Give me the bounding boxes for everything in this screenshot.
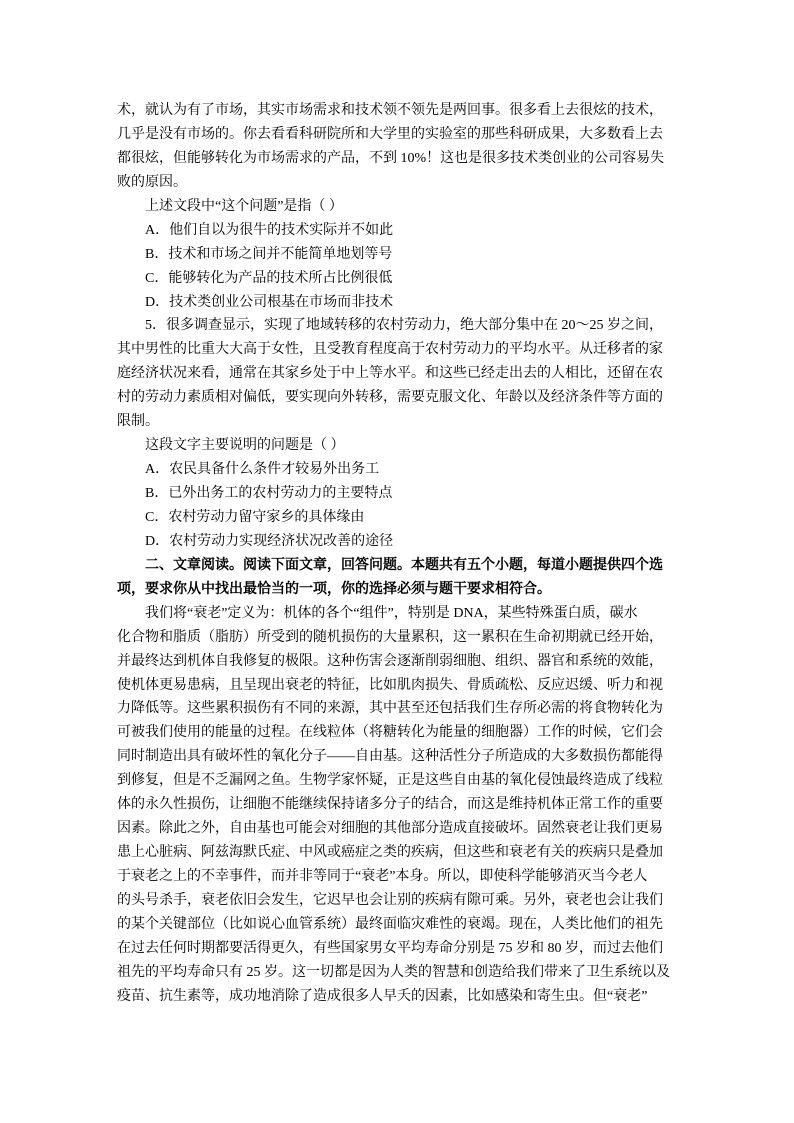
text-line: 项，要求你从中找出最恰当的一项，你的选择必须与题干要求相符合。 [117, 578, 679, 602]
text-line: 这段文字主要说明的问题是（ ） [117, 434, 679, 458]
text-line: A．他们自以为很牛的技术实际并不如此 [117, 219, 679, 243]
text-line: 我们将“衰老”定义为：机体的各个“组件”，特别是 DNA，某些特殊蛋白质，碳水 [117, 602, 679, 626]
text-line: 的某个关键部位（比如说心血管系统）最终面临灾难性的衰竭。现在，人类比他们的祖先 [117, 913, 679, 937]
text-line: A．农民具备什么条件才较易外出务工 [117, 458, 679, 482]
text-line: 于衰老之上的不幸事件，而并非等同于“衰老”本身。所以，即使科学能够消灭当今老人 [117, 865, 679, 889]
text-line: 并最终达到机体自我修复的极限。这种伤害会逐渐削弱细胞、组织、器官和系统的效能， [117, 650, 679, 674]
text-line: 村的劳动力素质相对偏低，要实现向外转移，需要克服文化、年龄以及经济条件等方面的 [117, 386, 679, 410]
text-line: B．已外出务工的农村劳动力的主要特点 [117, 482, 679, 506]
document-body: 术，就认为有了市场，其实市场需求和技术领不领先是两回事。很多看上去很炫的技术，几… [117, 99, 679, 1009]
text-line: 患上心脏病、阿兹海默氏症、中风或癌症之类的疾病，但这些和衰老有关的疾病只是叠加 [117, 841, 679, 865]
text-line: 在过去任何时期都要活得更久，有些国家男女平均寿命分别是 75 岁和 80 岁，而… [117, 937, 679, 961]
text-line: 的头号杀手，衰老依旧会发生，它迟早也会让别的疾病有隙可乘。另外，衰老也会让我们 [117, 889, 679, 913]
text-line: 体的永久性损伤，让细胞不能继续保持诸多分子的结合，而这是维持机体正常工作的重要 [117, 793, 679, 817]
text-line: 术，就认为有了市场，其实市场需求和技术领不领先是两回事。很多看上去很炫的技术， [117, 99, 679, 123]
text-line: 败的原因。 [117, 171, 679, 195]
text-line: 力降低等。这些累积损伤有不同的来源，其中甚至还包括我们生存所必需的将食物转化为 [117, 697, 679, 721]
text-line: C．农村劳动力留守家乡的具体缘由 [117, 506, 679, 530]
document-page: 术，就认为有了市场，其实市场需求和技术领不领先是两回事。很多看上去很炫的技术，几… [0, 0, 794, 1123]
text-line: 使机体更易患病，且呈现出衰老的特征，比如肌肉损失、骨质疏松、反应迟缓、听力和视 [117, 674, 679, 698]
text-line: 5．很多调查显示，实现了地域转移的农村劳动力，绝大部分集中在 20～25 岁之间… [117, 314, 679, 338]
text-line: 祖先的平均寿命只有 25 岁。这一切都是因为人类的智慧和创造给我们带来了卫生系统… [117, 961, 679, 985]
text-line: 二、文章阅读。阅读下面文章，回答问题。本题共有五个小题，每道小题提供四个选 [117, 554, 679, 578]
text-line: 其中男性的比重大大高于女性，且受教育程度高于农村劳动力的平均水平。从迁移者的家 [117, 338, 679, 362]
text-line: 疫苗、抗生素等，成功地消除了造成很多人早夭的因素，比如感染和寄生虫。但“衰老” [117, 985, 679, 1009]
text-line: 同时制造出具有破坏性的氧化分子——自由基。这种活性分子所造成的大多数损伤都能得 [117, 745, 679, 769]
text-line: 到修复，但是不乏漏网之鱼。生物学家怀疑，正是这些自由基的氧化侵蚀最终造成了线粒 [117, 769, 679, 793]
text-line: 可被我们使用的能量的过程。在线粒体（将糖转化为能量的细胞器）工作的时候，它们会 [117, 721, 679, 745]
text-line: 限制。 [117, 410, 679, 434]
text-line: C．能够转化为产品的技术所占比例很低 [117, 267, 679, 291]
text-line: B．技术和市场之间并不能简单地划等号 [117, 243, 679, 267]
text-line: D．技术类创业公司根基在市场而非技术 [117, 291, 679, 315]
text-line: 几乎是没有市场的。你去看看科研院所和大学里的实验室的那些科研成果，大多数看上去 [117, 123, 679, 147]
text-line: 都很炫，但能够转化为市场需求的产品，不到 10%！这也是很多技术类创业的公司容易… [117, 147, 679, 171]
text-line: 化合物和脂质（脂肪）所受到的随机损伤的大量累积，这一累积在生命初期就已经开始， [117, 626, 679, 650]
text-line: 庭经济状况来看，通常在其家乡处于中上等水平。和这些已经走出去的人相比，还留在农 [117, 362, 679, 386]
text-line: D．农村劳动力实现经济状况改善的途径 [117, 530, 679, 554]
text-line: 因素。除此之外，自由基也可能会对细胞的其他部分造成直接破坏。固然衰老让我们更易 [117, 817, 679, 841]
text-line: 上述文段中“这个问题”是指（ ） [117, 195, 679, 219]
